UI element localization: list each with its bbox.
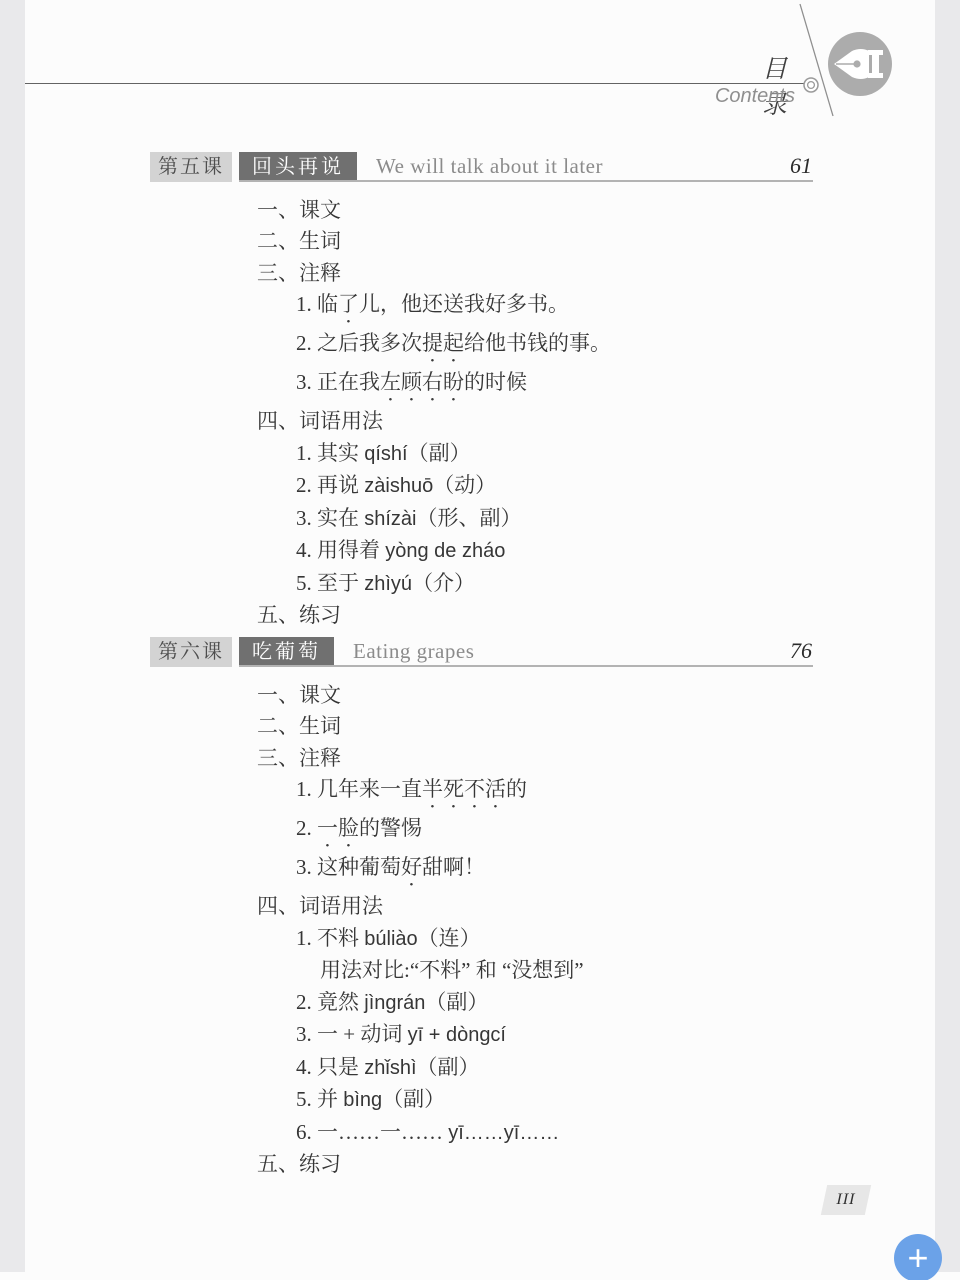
emphasized-word: 好 xyxy=(401,855,422,879)
usage-item: 6. 一……一…… yī……yī…… xyxy=(150,1117,840,1149)
usage-item: 4. 用得着 yòng de zháo xyxy=(150,535,840,567)
contents-title-english: Contents xyxy=(640,85,795,108)
toc-item-word-usage: 四、词语用法 xyxy=(150,406,840,437)
note-item: 2. 之后我多次提起给他书钱的事。 xyxy=(150,328,840,367)
pinyin: yòng de zháo xyxy=(385,540,505,562)
emphasized-word: 提起 xyxy=(422,331,464,355)
toc-item-new-words: 二、生词 xyxy=(150,711,840,742)
right-edge-strip xyxy=(935,0,960,1272)
lesson5-page-number: 61 xyxy=(790,152,813,180)
emphasized-word: 一脸 xyxy=(317,816,359,840)
note-item: 1. 几年来一直半死不活的 xyxy=(150,774,840,813)
note-item: 3. 这种葡萄好甜啊！ xyxy=(150,852,840,891)
lesson6-number-badge: 第六课 xyxy=(150,637,232,667)
usage-comparison-note: 用法对比:“不料” 和 “没想到” xyxy=(150,955,840,986)
pinyin: yī……yī…… xyxy=(448,1122,559,1144)
note-item: 1. 临了儿，他还送我好多书。 xyxy=(150,289,840,328)
usage-item: 2. 再说 zàishuō（动） xyxy=(150,470,840,502)
lesson6-english-title: Eating grapes xyxy=(353,637,474,665)
usage-item: 2. 竟然 jìngrán（副） xyxy=(150,987,840,1019)
pinyin: zhǐshì xyxy=(364,1057,416,1079)
usage-item: 5. 至于 zhìyú（介） xyxy=(150,568,840,600)
usage-item: 1. 不料 búliào（连） xyxy=(150,923,840,955)
lesson6-title-badge: 吃葡萄 xyxy=(239,637,334,665)
note-item: 3. 正在我左顾右盼的时候 xyxy=(150,367,840,406)
page-number-marker: III xyxy=(821,1185,871,1215)
lesson6-page-number: 76 xyxy=(790,637,813,665)
lesson6-header-rule: 吃葡萄 Eating grapes 76 xyxy=(239,637,813,667)
usage-item: 1. 其实 qíshí（副） xyxy=(150,438,840,470)
pinyin: bìng xyxy=(343,1089,382,1111)
lesson5-toc-list: 一、课文 二、生词 三、注释 1. 临了儿，他还送我好多书。 2. 之后我多次提… xyxy=(150,195,840,632)
lesson5-header-rule: 回头再说 We will talk about it later 61 xyxy=(239,152,813,182)
pinyin: shízài xyxy=(364,508,416,530)
add-button[interactable]: + xyxy=(894,1234,942,1280)
toc-item-exercises: 五、练习 xyxy=(150,1149,840,1180)
emphasized-word: 半死不活 xyxy=(422,777,506,801)
toc-item-notes: 三、注释 xyxy=(150,743,840,774)
toc-item-new-words: 二、生词 xyxy=(150,226,840,257)
toc-item-exercises: 五、练习 xyxy=(150,600,840,631)
pinyin: zàishuō xyxy=(364,475,433,497)
lesson5-title-badge: 回头再说 xyxy=(239,152,357,180)
header-rule xyxy=(25,83,804,84)
left-edge-strip xyxy=(0,0,25,1272)
pen-nib-icon xyxy=(828,32,892,96)
textbook-contents-page: 目 录 Contents 第五课 回头再说 We will talk about… xyxy=(0,0,960,1280)
pinyin: jìngrán xyxy=(364,992,425,1014)
lesson5-english-title: We will talk about it later xyxy=(376,152,603,180)
emphasized-word: 左顾右盼 xyxy=(380,370,464,394)
pinyin: zhìyú xyxy=(364,573,412,595)
pinyin: qíshí xyxy=(364,443,407,465)
pinyin: yī + dòngcí xyxy=(408,1024,506,1046)
toc-item-text: 一、课文 xyxy=(150,680,840,711)
lesson5-header: 第五课 回头再说 We will talk about it later 61 xyxy=(150,152,813,182)
usage-item: 5. 并 bìng（副） xyxy=(150,1084,840,1116)
toc-item-notes: 三、注释 xyxy=(150,258,840,289)
usage-item: 3. 一 + 动词 yī + dòngcí xyxy=(150,1019,840,1051)
usage-item: 4. 只是 zhǐshì（副） xyxy=(150,1052,840,1084)
usage-item: 3. 实在 shízài（形、副） xyxy=(150,503,840,535)
toc-item-word-usage: 四、词语用法 xyxy=(150,891,840,922)
lesson5-number-badge: 第五课 xyxy=(150,152,232,182)
toc-item-text: 一、课文 xyxy=(150,195,840,226)
note-item: 2. 一脸的警惕 xyxy=(150,813,840,852)
pinyin: búliào xyxy=(364,928,417,950)
lesson6-toc-list: 一、课文 二、生词 三、注释 1. 几年来一直半死不活的 2. 一脸的警惕 3.… xyxy=(150,680,840,1180)
emphasized-word: 了 xyxy=(338,292,359,316)
lesson6-header: 第六课 吃葡萄 Eating grapes 76 xyxy=(150,637,813,667)
